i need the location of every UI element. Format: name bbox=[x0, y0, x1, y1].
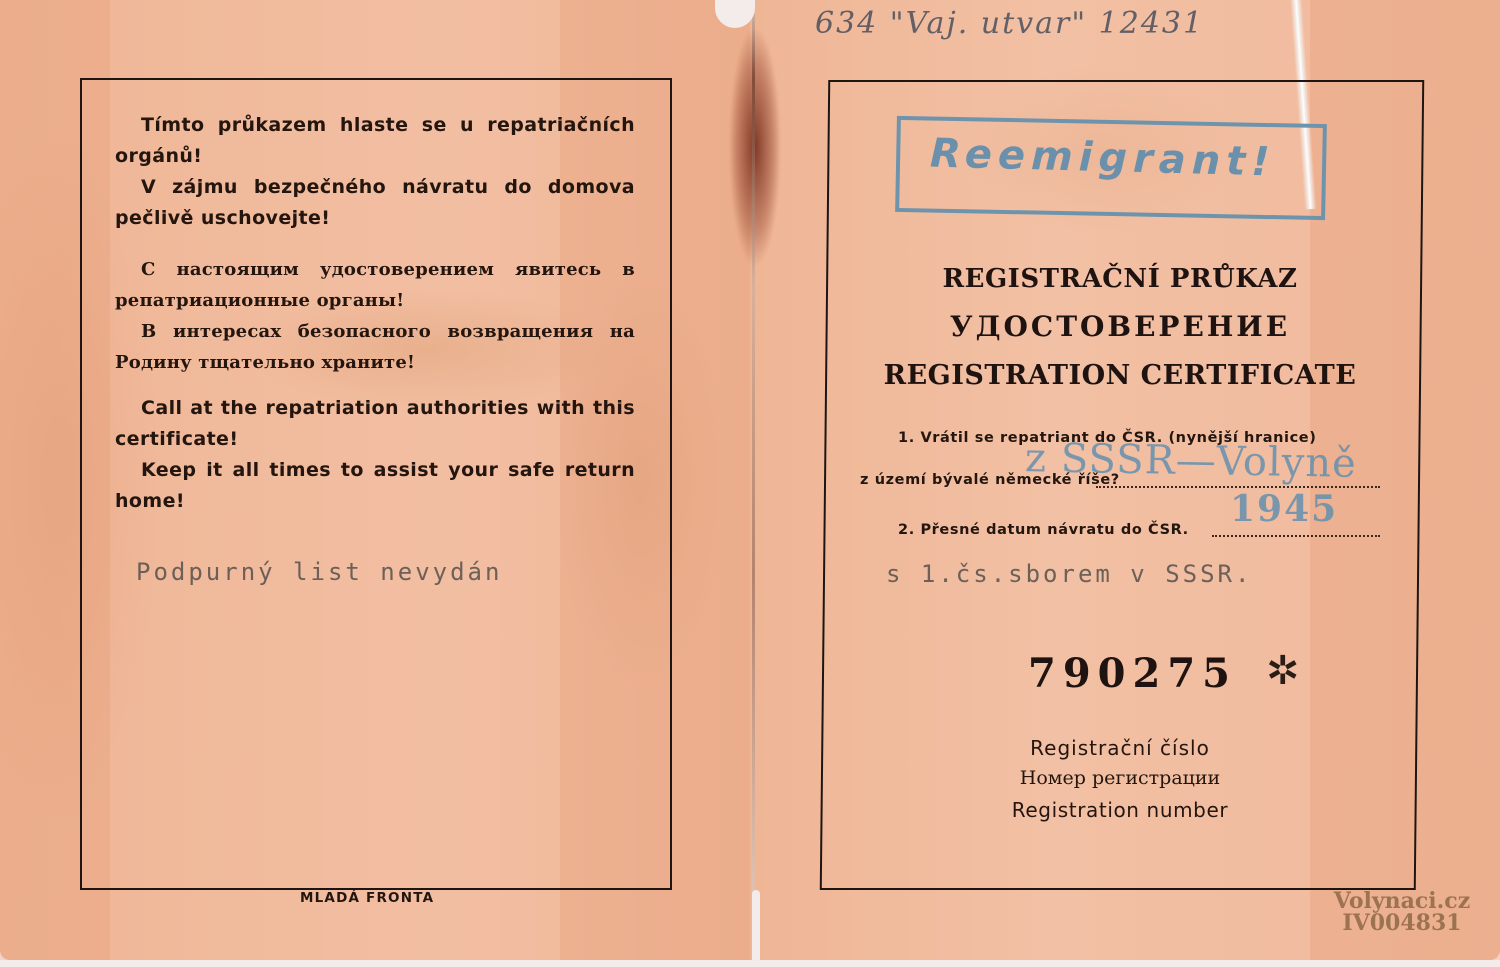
watermark-site: Volynaci.cz bbox=[1312, 890, 1492, 912]
instruction-paragraph: V zájmu bezpečného návratu do domova peč… bbox=[115, 172, 635, 234]
registration-label-russian: Номер регистрации bbox=[960, 767, 1280, 789]
registration-label-czech: Registrační číslo bbox=[960, 736, 1280, 760]
title-english: REGISTRATION CERTIFICATE bbox=[860, 360, 1380, 391]
title-russian: УДОСТОВЕРЕНИЕ bbox=[860, 310, 1380, 343]
paper-tear bbox=[752, 890, 760, 967]
field-2-dotted-line bbox=[1212, 535, 1380, 537]
rust-stain bbox=[728, 30, 782, 290]
reemigrant-stamp: Reemigrant! bbox=[929, 130, 1276, 185]
field-2-label: 2. Přesné datum návratu do ČSR. bbox=[898, 522, 1189, 538]
title-czech: REGISTRAČNÍ PRŮKAZ bbox=[860, 264, 1380, 294]
typed-note-left: Podpurný list nevydán bbox=[136, 558, 502, 586]
watermark-id: IV004831 bbox=[1312, 912, 1492, 934]
instruction-paragraph: Keep it all times to assist your safe re… bbox=[115, 455, 635, 517]
russian-instructions: С настоящим удостоверением явитесь в реп… bbox=[115, 254, 635, 378]
registration-number: 790275 bbox=[1028, 650, 1237, 697]
instruction-paragraph: Call at the repatriation authorities wit… bbox=[115, 393, 635, 455]
czech-instructions: Tímto průkazem hlaste se u repatriačních… bbox=[115, 110, 635, 234]
center-fold bbox=[752, 0, 755, 960]
instruction-paragraph: В интересах безопасного возвращения на Р… bbox=[115, 316, 635, 378]
instruction-paragraph: Tímto průkazem hlaste se u repatriačních… bbox=[115, 110, 635, 172]
field-1-stamped-value: z SSSR—Volyně bbox=[1025, 435, 1358, 487]
source-watermark: Volynaci.cz IV004831 bbox=[1312, 890, 1492, 934]
field-2-stamped-value: 1945 bbox=[1230, 488, 1338, 530]
printer-mark: MLADÁ FRONTA bbox=[300, 890, 434, 906]
instruction-paragraph: С настоящим удостоверением явитесь в реп… bbox=[115, 254, 635, 316]
registration-label-english: Registration number bbox=[960, 798, 1280, 822]
star-mark-icon: ✲ bbox=[1266, 648, 1300, 694]
typed-note-right: s 1.čs.sborem v SSSR. bbox=[886, 560, 1252, 588]
english-instructions: Call at the repatriation authorities wit… bbox=[115, 393, 635, 517]
handwritten-note: 634 "Vaj. utvar" 12431 bbox=[815, 6, 1204, 41]
